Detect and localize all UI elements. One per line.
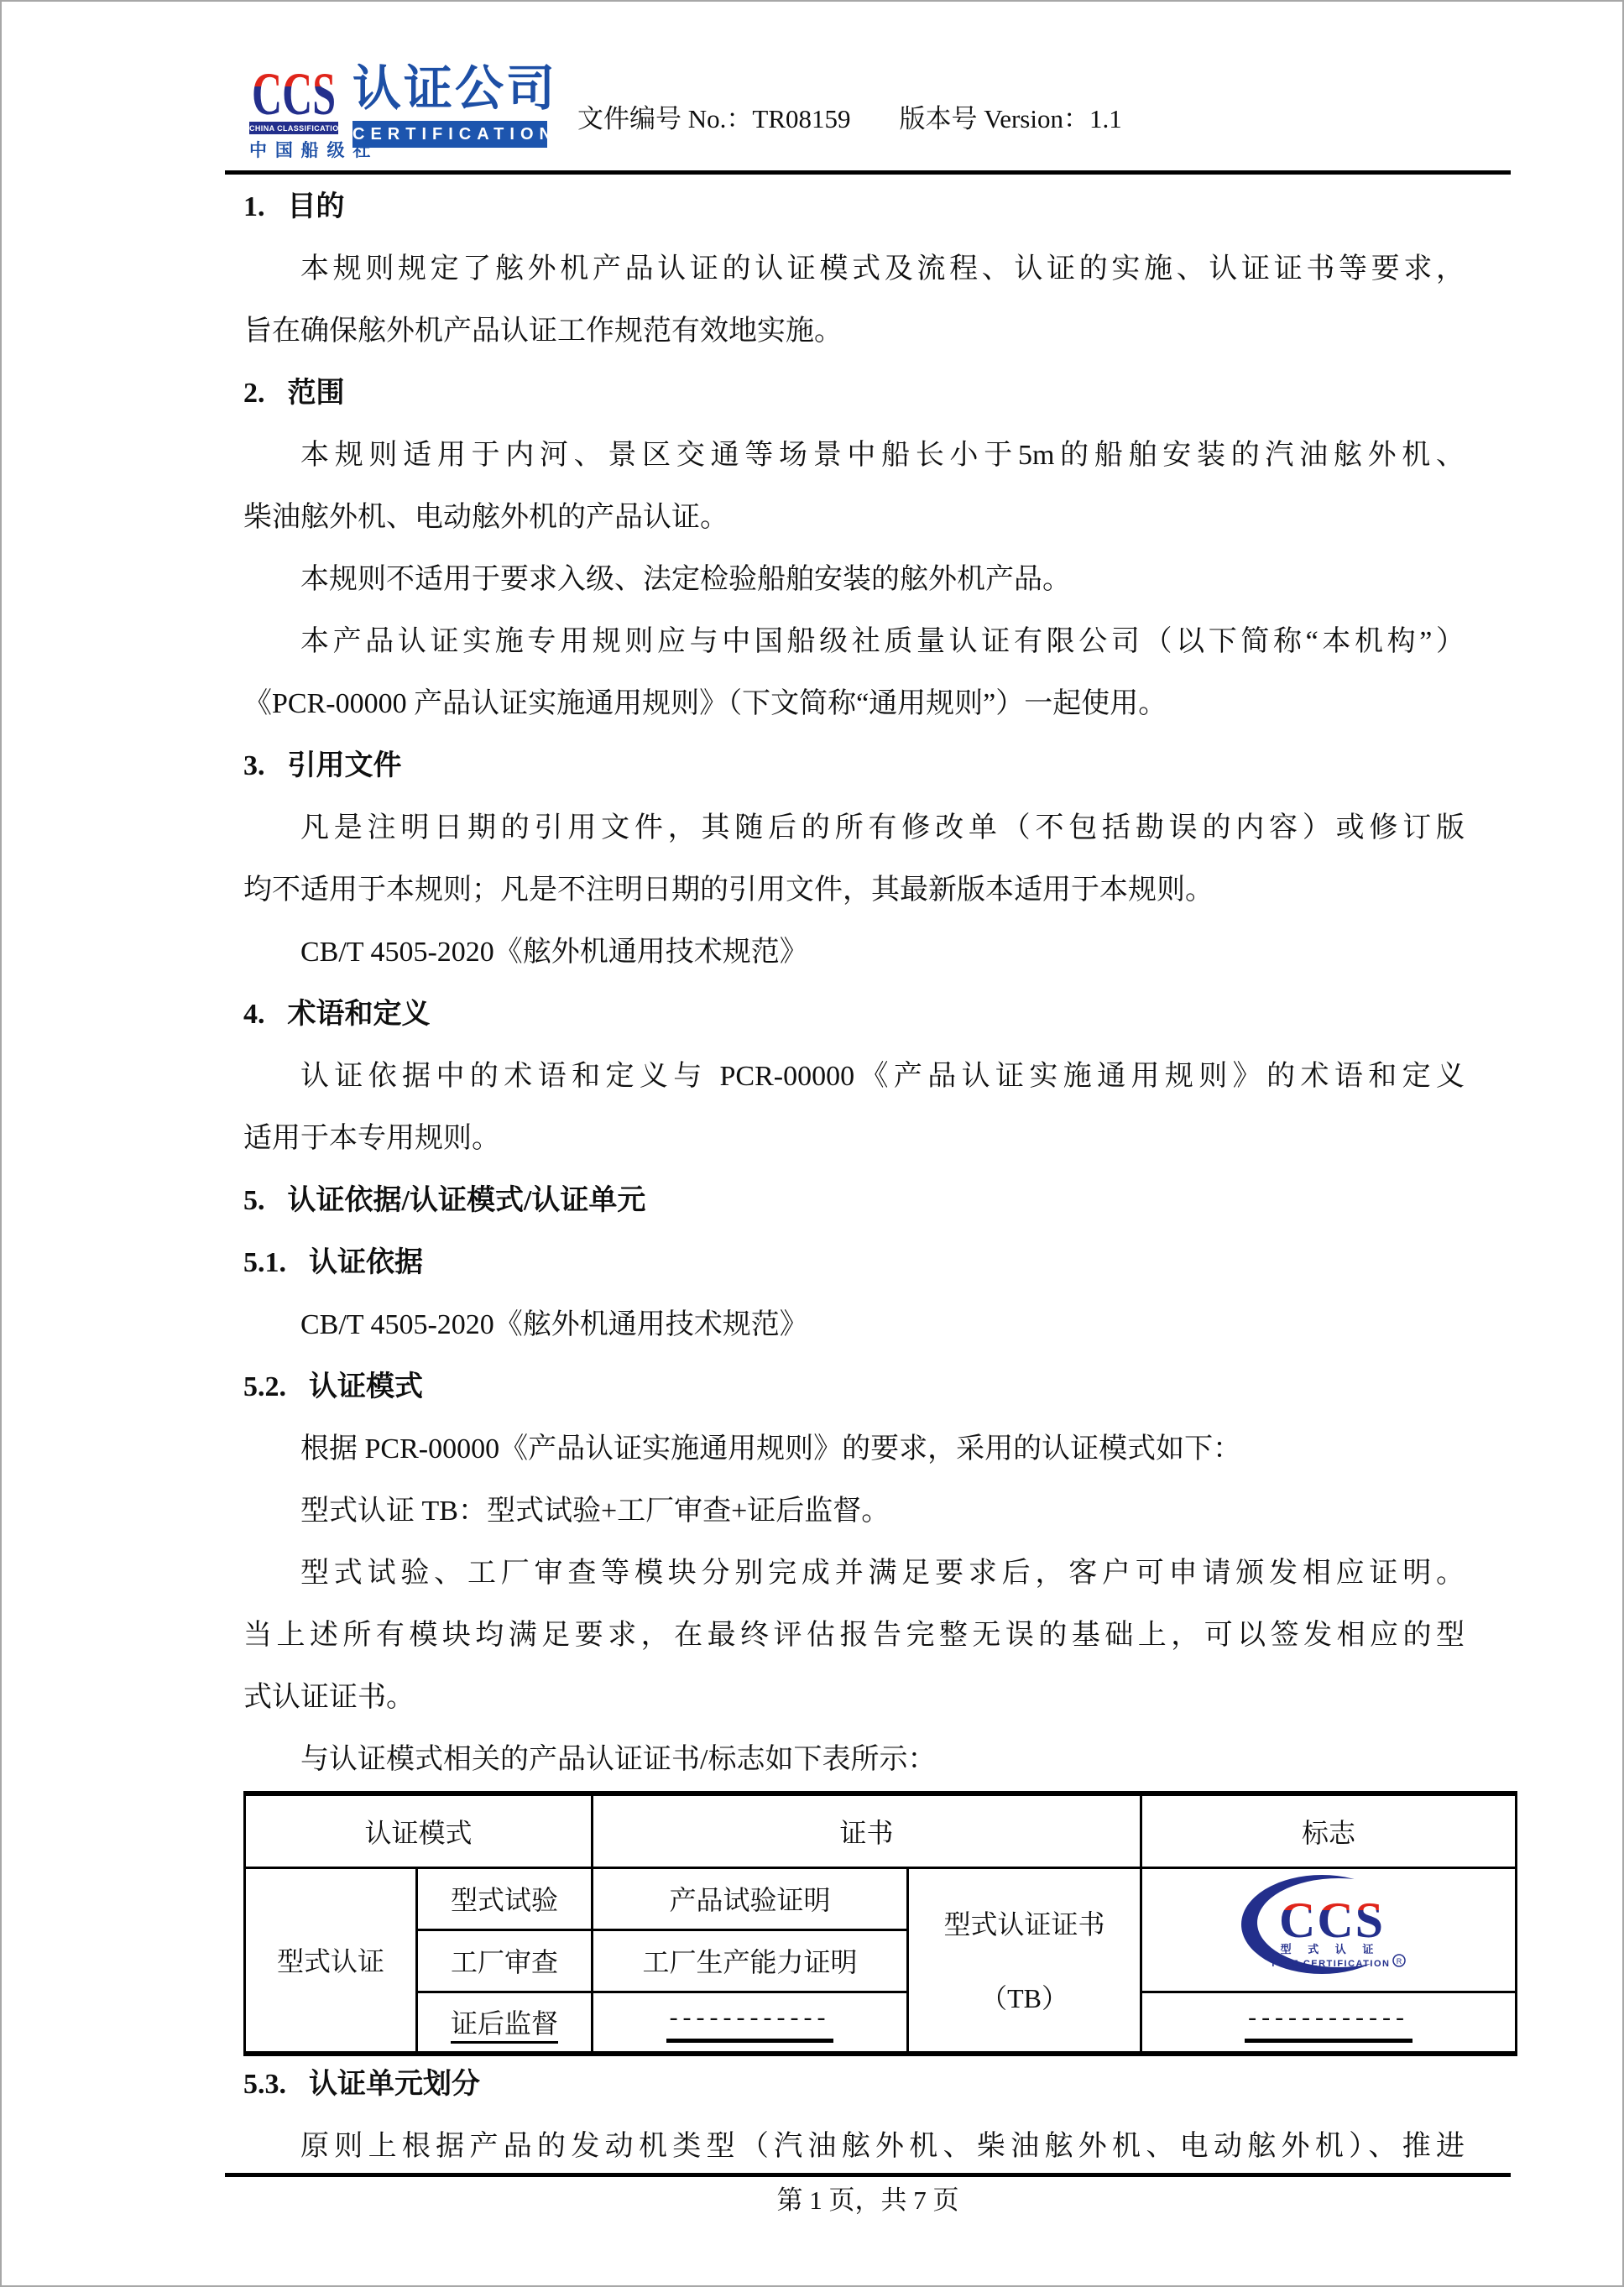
section-heading: 3.引用文件 xyxy=(243,735,1465,797)
cell-type-certification-mark: CCS CCS 型 式 认 证 TYPE CERTIFICATION R xyxy=(1141,1867,1517,1992)
heading-label: 认证模式 xyxy=(309,1371,423,1402)
cell-mode-group: 型式认证 xyxy=(245,1867,417,2054)
heading-label: 认证依据/认证模式/认证单元 xyxy=(288,1185,646,1216)
heading-number: 2. xyxy=(243,378,265,409)
dash-placeholder: ------------ xyxy=(1245,2007,1413,2043)
text-line: CB/T 4505-2020《舷外机通用技术规范》 xyxy=(243,1294,1465,1356)
cell-module-type-test: 型式试验 xyxy=(417,1867,593,1929)
cell-module-post-supervision: 证后监督 xyxy=(417,1992,593,2054)
text-line: 适用于本专用规则。 xyxy=(243,1108,1465,1170)
text-line: 原则上根据产品的发动机类型（汽油舷外机、柴油舷外机、电动舷外机）、推进 xyxy=(243,2116,1465,2178)
text-line: 式认证证书。 xyxy=(243,1667,1465,1729)
society-name-cn: 中 国 船 级 社 xyxy=(249,137,338,162)
company-name-cn: 认证公司 xyxy=(352,62,557,116)
cell-mark-dashes: ------------ xyxy=(1141,1992,1517,2054)
heading-number: 1. xyxy=(243,191,265,222)
table-header-mode: 认证模式 xyxy=(245,1794,593,1867)
footer-divider xyxy=(225,2173,1511,2177)
ccs-logo: CCS CCS CHINA CLASSIFICATION SOCIETY 中 国… xyxy=(249,67,338,162)
text-line: 与认证模式相关的产品认证证书/标志如下表所示： xyxy=(243,1729,1465,1791)
heading-number: 3. xyxy=(243,750,265,781)
text-line: 柴油舷外机、电动舷外机的产品认证。 xyxy=(243,487,1465,549)
cell-cert-main: 型式认证证书 （TB） xyxy=(908,1867,1141,2054)
dash-placeholder: ------------ xyxy=(666,2007,834,2043)
version-number: 版本号 Version：1.1 xyxy=(900,104,1122,133)
text-line: 本规则适用于内河、景区交通等场景中船长小于5m的船舶安装的汽油舷外机、 xyxy=(243,425,1465,487)
text-line: 旨在确保舷外机产品认证工作规范有效地实施。 xyxy=(243,300,1465,363)
text-line: 型式试验、工厂审查等模块分别完成并满足要求后，客户可申请颁发相应证明。 xyxy=(243,1543,1465,1605)
document-body: 1.目的本规则规定了舷外机产品认证的认证模式及流程、认证的实施、认证证书等要求，… xyxy=(243,176,1465,1791)
cert-code-label: （TB） xyxy=(980,1977,1068,2016)
heading-label: 引用文件 xyxy=(288,750,402,781)
text-line: 本规则规定了舷外机产品认证的认证模式及流程、认证的实施、认证证书等要求， xyxy=(243,238,1465,300)
document-meta: 文件编号 No.：TR08159版本号 Version：1.1 xyxy=(577,97,1122,135)
table-row: 型式认证 型式试验 产品试验证明 型式认证证书 （TB） CCS CCS 型 式… xyxy=(245,1867,1517,1929)
page-number: 第 1 页，共 7 页 xyxy=(225,2184,1511,2217)
section-heading: 4.术语和定义 xyxy=(243,984,1465,1046)
text-line: 均不适用于本规则；凡是不注明日期的引用文件，其最新版本适用于本规则。 xyxy=(243,859,1465,922)
heading-label: 目的 xyxy=(288,191,345,222)
table-header-mark: 标志 xyxy=(1141,1794,1517,1867)
text-line: 《PCR-00000 产品认证实施通用规则》（下文简称“通用规则”）一起使用。 xyxy=(243,673,1465,735)
document-body-continued: 5.3.认证单元划分原则上根据产品的发动机类型（汽油舷外机、柴油舷外机、电动舷外… xyxy=(243,2054,1465,2178)
text-line: 本规则不适用于要求入级、法定检验船舶安装的舷外机产品。 xyxy=(243,549,1465,611)
header-divider xyxy=(225,170,1511,175)
table-header-certificate: 证书 xyxy=(593,1794,1141,1867)
svg-text:TYPE CERTIFICATION: TYPE CERTIFICATION xyxy=(1271,1959,1391,1969)
section-heading: 5.1.认证依据 xyxy=(243,1232,1465,1294)
certification-mode-table: 认证模式 证书 标志 型式认证 型式试验 产品试验证明 型式认证证书 （TB） … xyxy=(243,1791,1517,2056)
heading-number: 5.3. xyxy=(243,2069,286,2100)
heading-number: 5.1. xyxy=(243,1247,286,1278)
heading-label: 认证依据 xyxy=(309,1247,423,1278)
cell-cert-type-test: 产品试验证明 xyxy=(593,1867,908,1929)
svg-text:R: R xyxy=(1397,1957,1402,1966)
section-heading: 5.2.认证模式 xyxy=(243,1356,1465,1418)
cell-cert-dashes: ------------ xyxy=(593,1992,908,2054)
text-line: 凡是注明日期的引用文件，其随后的所有修改单（不包括勘误的内容）或修订版 xyxy=(243,797,1465,859)
section-heading: 5.3.认证单元划分 xyxy=(243,2054,1465,2116)
text-line: 认证依据中的术语和定义与 PCR-00000《产品认证实施通用规则》的术语和定义 xyxy=(243,1046,1465,1108)
text-line: CB/T 4505-2020《舷外机通用技术规范》 xyxy=(243,922,1465,984)
ccs-type-certification-mark-icon: CCS CCS 型 式 认 证 TYPE CERTIFICATION R xyxy=(1240,1872,1418,1981)
text-line: 根据 PCR-00000《产品认证实施通用规则》的要求，采用的认证模式如下： xyxy=(243,1418,1465,1480)
text-line: 本产品认证实施专用规则应与中国船级社质量认证有限公司（以下简称“本机构”） xyxy=(243,611,1465,673)
section-heading: 1.目的 xyxy=(243,176,1465,238)
cert-main-label: 型式认证证书 xyxy=(944,1903,1105,1942)
heading-number: 4. xyxy=(243,999,265,1030)
section-heading: 5.认证依据/认证模式/认证单元 xyxy=(243,1170,1465,1232)
text-line: 当上述所有模块均满足要求，在最终评估报告完整无误的基础上，可以签发相应的型 xyxy=(243,1605,1465,1667)
society-name-en: CHINA CLASSIFICATION SOCIETY xyxy=(249,122,338,134)
section-heading: 2.范围 xyxy=(243,363,1465,425)
table-row: 证后监督 ------------ ------------ xyxy=(245,1992,1517,2054)
svg-text:型 式 认 证: 型 式 认 证 xyxy=(1281,1943,1381,1955)
heading-number: 5. xyxy=(243,1185,265,1216)
certification-company-logo: 认证公司 CERTIFICATION xyxy=(352,62,557,148)
ccs-letters-icon: CCS CCS xyxy=(249,67,338,119)
heading-number: 5.2. xyxy=(243,1371,286,1402)
document-number: 文件编号 No.：TR08159 xyxy=(577,104,851,133)
heading-label: 认证单元划分 xyxy=(309,2069,480,2100)
post-supervision-label: 证后监督 xyxy=(451,2008,558,2044)
certification-banner: CERTIFICATION xyxy=(352,121,547,148)
heading-label: 术语和定义 xyxy=(288,999,431,1030)
cell-cert-factory-audit: 工厂生产能力证明 xyxy=(593,1929,908,1992)
cell-module-factory-audit: 工厂审查 xyxy=(417,1929,593,1992)
heading-label: 范围 xyxy=(288,378,345,409)
text-line: 型式认证 TB：型式试验+工厂审查+证后监督。 xyxy=(243,1480,1465,1543)
